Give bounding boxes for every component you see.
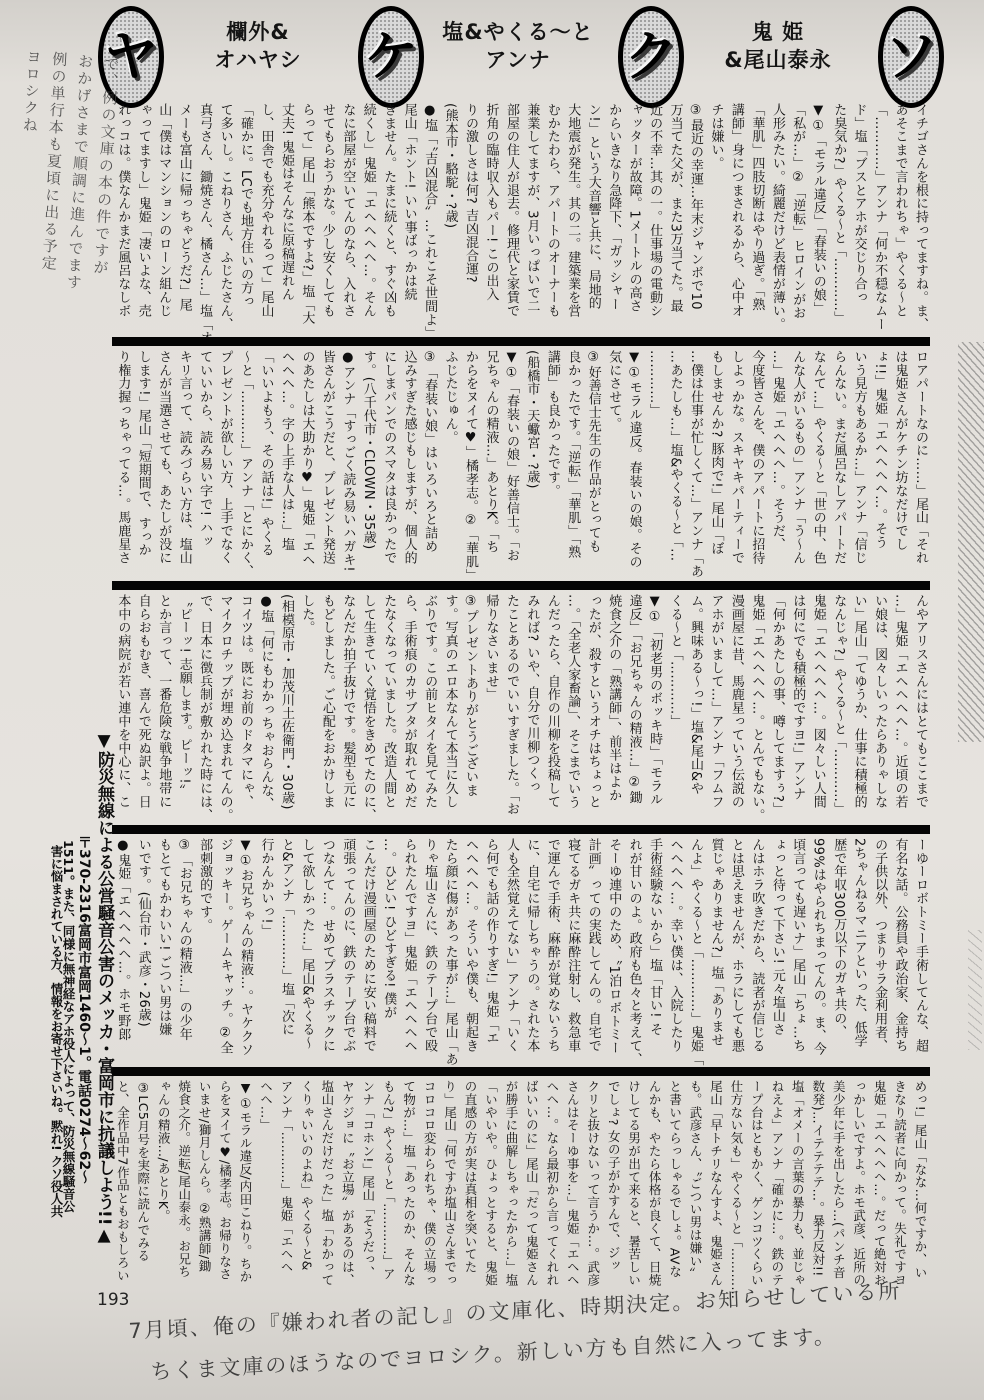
text-column: なに部屋が空いてんのなら、入れさ <box>337 103 357 337</box>
text-column: ーゆーロボトミー手術してんな、超 <box>910 838 930 1066</box>
text-column: 計画〟っての実践してんの。自宅で <box>582 838 602 1066</box>
text-column: イチゴさんを根に持ってますね。ま、 <box>910 103 930 337</box>
section-divider <box>112 337 930 346</box>
text-column: れが甘いのよ。政府も色々と考えて、 <box>623 838 643 1066</box>
text-column: 帰りなさいませ」 <box>480 594 500 824</box>
text-column: ヘヘ…」 <box>255 1080 275 1286</box>
text-column: 講師」も良かったです。 <box>541 350 561 581</box>
text-column: ロアパートなのに……」尾山「それ <box>910 350 930 581</box>
text-column: にしまパンでのスマタは良かったで <box>378 350 398 581</box>
text-column: で運んで手術、麻酔が覚めないうち <box>541 838 561 1066</box>
text-column: たことあるのでいいすぎました。「お <box>500 594 520 824</box>
text-column: ヤケジョに〝お立場〟があるのは、 <box>337 1080 357 1286</box>
text-column: ら何でも話の作りすぎ!」鬼姫「エ <box>480 838 500 1066</box>
text-column: りゃ塩山さんに、鉄のテープ台で殴 <box>419 838 439 1066</box>
text-column: す。(八千代市・CLOWN・35歳) <box>357 350 377 581</box>
text-column: こんだけ漫画屋のために安い稿料で <box>357 838 377 1066</box>
text-column: と書いてらっしゃるでしょ。AVな <box>664 1080 684 1286</box>
text-column: て物が…」塩「あったのか、そんな <box>398 1080 418 1286</box>
text-column: 2ちゃんねるマニアといった、低学 <box>848 838 868 1066</box>
text-column: と&アンナ「…………」塩「次に <box>276 838 296 1066</box>
page-header: ヤ 欄外& オハヤシ ケ 塩&やくる～と アンナ ク 鬼 姫 &尾山泰永 ソ <box>0 0 984 108</box>
page-number: 193 <box>97 1290 129 1310</box>
text-column: い娘は、図々しいったらありゃしな <box>869 594 889 824</box>
text-column: 人も全然覚えてない」アンナ「いく <box>500 838 520 1066</box>
section-title-onihime: 鬼 姫 &尾山泰永 <box>680 18 876 75</box>
text-column: ▼①「モラル違反」「春装いの娘」 <box>807 103 827 337</box>
text-column: …」鬼姫「エヘヘヘ…。そうだ、 <box>766 350 786 581</box>
text-column: ヘヘヘヘ…。そういや僕も、朝起き <box>460 838 480 1066</box>
text-column: チは嫌い。 <box>705 103 725 337</box>
text-column: (相模原市・加茂川土佐衛門・30歳) <box>276 594 296 824</box>
text-column: ③「お兄ちゃんの精液…」の少年 <box>173 838 193 1066</box>
text-column: からをヌイて♥」橘孝志。②「華肌」 <box>460 350 480 581</box>
text-column: ▼①モラル違反。春装いの娘。その <box>623 350 643 581</box>
text-column: て多いし。こねりさん、ふじたさん、 <box>214 103 234 337</box>
text-column: 塩「オメーの言葉の暴力も、並じゃ <box>787 1080 807 1286</box>
text-column: 塩山さんだけだった」塩「わかって <box>316 1080 336 1286</box>
text-column: もしませんか? 豚肉で!」尾山「ぼ <box>705 350 725 581</box>
text-column: ●アンナ「すっごく読み易いハガキ! <box>337 350 357 581</box>
text-column: つなんて…。せめてプラスチックに <box>316 838 336 1066</box>
text-column: して生きていく覚悟をきめてたのに、 <box>357 594 377 824</box>
text-column: して欲しかった…」尾山&やくる～ <box>296 838 316 1066</box>
text-column: 真弓さん、鋤焼さん、橘さん…」塩「オ <box>194 103 214 337</box>
text-column: アホがいまして…」アンナ「フムフ <box>705 594 725 824</box>
text-column: ム。興味ある～っ!」塩&尾山&や <box>685 594 705 824</box>
text-column: ばいいのに」尾山「だって鬼姫さん <box>521 1080 541 1286</box>
section-title-rangai: 欄外& オハヤシ <box>160 18 356 75</box>
text-column: (熊本市・駱駝・?歳) <box>439 103 459 337</box>
text-column: 仕方ない気も」やくる～と「………… <box>725 1080 745 1286</box>
magazine-letters-page: ヤ 欄外& オハヤシ ケ 塩&やくる～と アンナ ク 鬼 姫 &尾山泰永 ソ イ… <box>0 0 984 1400</box>
text-column: たら顔に傷があった事が…」尾山「あ <box>439 838 459 1066</box>
text-column: (船橋市・天蠍宮・?歳) <box>521 350 541 581</box>
text-column: 歴で年収300万以下のガキ共の、 <box>828 838 848 1066</box>
text-column: 「確かに。LCでも地方住いの方っ <box>235 103 255 337</box>
text-column: ンナ「コホン!」尾山「そうだっ、 <box>357 1080 377 1286</box>
text-column: た臭気か?」やくる～と「…………」 <box>828 103 848 337</box>
text-column: んだったら、自作の川柳を投稿して <box>541 594 561 824</box>
protest-note-column: 〒370-2316富岡市富岡1460～1。電話0274～62～ <box>75 835 92 1287</box>
text-column: られたんですヨ」鬼姫「エヘヘヘヘ <box>398 838 418 1066</box>
text-column: が勝手に曲解しちゃったから…」塩 <box>500 1080 520 1286</box>
text-column: んよ」やくる～と「…………」鬼姫「エ <box>685 838 705 1066</box>
protest-note-column: ▼防災無線による公営騒音公害のメッカ・富岡市に抗議しよう!!▲ <box>92 731 116 1289</box>
section-title-line: オハヤシ <box>160 46 356 74</box>
text-column: ねえよ」アンナ「確かに…。鉄のテ <box>766 1080 786 1286</box>
text-column: んな人がいるもの」アンナ「う～ん <box>787 350 807 581</box>
text-column: …。「全老人家畜論」、そこまでいう <box>562 594 582 824</box>
text-column: たなくなっていました。改造人間と <box>378 594 398 824</box>
text-column: した。 <box>296 594 316 824</box>
text-column: 焼食之介。逆転/尾山泰永。お兄ち <box>173 1080 193 1286</box>
text-column: いう見方もあるか…」アンナ「信じ <box>848 350 868 581</box>
text-column: …。ひどい! ひどすぎる! 僕が <box>378 838 398 1066</box>
text-column: します!」尾山「短期間で、すっか <box>132 350 152 581</box>
text-column: は鬼姫さんがケチン坊なだけでし <box>889 350 909 581</box>
text-column: 折角の臨時収入もパー! この出入 <box>480 103 500 337</box>
text-column: りの激しさは何? 吉凶混合運? <box>460 103 480 337</box>
text-column: …」鬼姫「エヘヘヘヘ…。近頃の若 <box>889 594 909 824</box>
text-column: もとてもかわいい! ごつい男は嫌 <box>153 838 173 1066</box>
text-column: ープ台はともかく、ゲンコツくらい <box>746 1080 766 1286</box>
text-column: の子供以外、つまりサラ金利用者、 <box>869 838 889 1066</box>
text-column: ▼①お兄ちゃんの精液…。ヤケクソ <box>235 838 255 1066</box>
text-column: 自らおもむき、喜んで死ぬ訳よ。日 <box>132 594 152 824</box>
text-column: そーゆ連中のため、〝1泊ロボトミー <box>603 838 623 1066</box>
text-column: 近の不幸…其の一。仕事場の電動シ <box>644 103 664 337</box>
text-column: らって」尾山「熊本ですよ?」塩「大 <box>296 103 316 337</box>
text-column: プレゼントが欲しい方、上手でなく <box>214 350 234 581</box>
text-column: さんはそーゆ事を…」鬼姫「エヘヘ <box>562 1080 582 1286</box>
section-title-line: 欄外& <box>160 18 356 46</box>
text-column: とか言って、一番危険な戦争地帯に <box>153 594 173 824</box>
text-column: クリと抜けないって言うか…。武彦 <box>582 1080 602 1286</box>
letters-band-5: めっ!」尾山「なな…何ですか、いきなり読者に向かって。失礼ですヨ鬼姫「エヘヘヘヘ… <box>112 1080 930 1286</box>
text-column: ン!」という大音響と共に、局地的 <box>582 103 602 337</box>
text-column: 寝てるガキ共に麻酔注射し、救急車 <box>562 838 582 1066</box>
text-column: 良かったです。「逆転」「華肌」「熟 <box>562 350 582 581</box>
text-column: きなり読者に向かって。失礼ですヨ <box>889 1080 909 1286</box>
text-column: 部屋の住人が退去。修理代と家賃で <box>500 103 520 337</box>
text-column: らをヌイて♥/橘孝志。お帰りなさ <box>214 1080 234 1286</box>
text-column: もん?」やくる～と「…………」ア <box>378 1080 398 1286</box>
text-column: は何にでも積極的ですヨ!」アンナ <box>787 594 807 824</box>
text-column: ③好善信士先生の作品がとっても <box>582 350 602 581</box>
text-column: からいきなり急降下、「ガッシャー <box>603 103 623 337</box>
text-column: …僕は仕事が忙しくて…」アンナ「あ <box>685 350 705 581</box>
text-column: り権力握っちゃってる…。馬鹿星さ <box>112 350 132 581</box>
text-column: ▼①「春装いの娘」好善信士。「お <box>500 350 520 581</box>
text-column: ～と「…………」アンナ「とにかく、 <box>235 350 255 581</box>
letters-band-3: んやアリスさんにはとてもここまで…」鬼姫「エヘヘヘヘ…。近頃の若い娘は、図々しい… <box>112 594 930 824</box>
text-column: 鬼姫「エヘヘヘヘ…。図々しい人間 <box>807 594 827 824</box>
text-column: ょっと待って下さい! 元々塩山さ <box>766 838 786 1066</box>
text-column: なんじゃ?」やくる～と「…………」 <box>828 594 848 824</box>
text-column: マイクロチップが埋め込まれてんの。 <box>214 594 234 824</box>
text-column: コイツは。既にお前のドタマにゃ、 <box>235 594 255 824</box>
text-column: ③LC5月号を実際に読んでみる <box>132 1080 152 1286</box>
section-title-shio-anna: 塩&やくる～と アンナ <box>420 18 616 75</box>
section-divider <box>112 825 930 834</box>
text-column: 「…………」アンナ「何か不穏なムー <box>869 103 889 337</box>
text-column: 鬼姫「エヘヘヘヘ…。とんでもない。 <box>746 594 766 824</box>
text-column: 尾山「ホント! いい事ばっかは続 <box>398 103 418 337</box>
text-column: いです。(仙台市・武彦・26歳) <box>132 838 152 1066</box>
text-column: 大地震が発生。其の二。建築業を営 <box>562 103 582 337</box>
badge-ke-char: ケ <box>364 30 418 84</box>
text-column: 違反」「お兄ちゃんの精液…」②鋤 <box>623 594 643 824</box>
text-column: ふじたじゅん。 <box>439 350 459 581</box>
text-column: 兄ちゃんの精液…」あとりK。「ち <box>480 350 500 581</box>
text-column: ゃってますし」鬼姫「凄いよな、売 <box>132 103 152 337</box>
text-column: けしてる男が出て来ると、暑苦しい <box>623 1080 643 1286</box>
text-column: 部刺激的です。 <box>194 838 214 1066</box>
text-column: …………」 <box>644 350 664 581</box>
text-column: くる～と「…………」 <box>664 594 684 824</box>
text-column: 手術経験ないから」塩「甘い! そ <box>644 838 664 1066</box>
text-column: ▼①「初老男のボッキ時」「モラル <box>644 594 664 824</box>
text-column: 皆さんがこうだと、プレゼント発送 <box>316 350 336 581</box>
text-column: で、日本に徴兵制が敷かれた時には、 <box>194 594 214 824</box>
text-column: さんが当選させても、あたしが没に <box>153 350 173 581</box>
text-column: でしょ? 女の子がかすんで、ジッ <box>603 1080 623 1286</box>
text-column: す。写真のエロ本なんて本当に久し <box>439 594 459 824</box>
scan-artifact-hatching <box>958 342 984 742</box>
text-column: コロコロ変わられちゃ、僕の立場っ <box>419 1080 439 1286</box>
text-column: 99%はやられちまってんの。ま、今 <box>807 838 827 1066</box>
text-column: 講師」身につまされるから、心中オ <box>725 103 745 337</box>
text-column: ぶりです。この前ヒタイを見てみた <box>419 594 439 824</box>
text-column: 漫画屋に昔、馬鹿星っていう伝説の <box>725 594 745 824</box>
badge-ku: ク <box>618 6 684 108</box>
text-column: の直感の方が実は真相を突いてた <box>460 1080 480 1286</box>
text-column: も。武彦さん、〝ごつい男は嫌い〟 <box>685 1080 705 1286</box>
text-column: 今度皆さんを、僕のアパートに招待 <box>746 350 766 581</box>
text-column: きません。たまに続くと、すぐ凶も <box>378 103 398 337</box>
text-column: ャッターが故障。1メートルの高さ <box>623 103 643 337</box>
text-column: なんて…」やくる～と「世の中、色 <box>807 350 827 581</box>
text-column: ●塩「何にもわかっちゃおらんな、 <box>255 594 275 824</box>
letters-band-1: イチゴさんを根に持ってますね。ま、あそこまで言われちゃ」やくる～と「…………」ア… <box>112 103 930 337</box>
text-column: んやアリスさんにはとてもここまで <box>910 594 930 824</box>
text-column: 有名な話。公務員や政治家、金持ち <box>889 838 909 1066</box>
text-column: ゃんの精液…/あとりK。 <box>153 1080 173 1286</box>
text-column: ら、手術痕のカサブタが取れてめだ <box>398 594 418 824</box>
text-column: 「いやいや。ひょっとすると、鬼姫 <box>480 1080 500 1286</box>
text-column: 尾山「早トチリなんすよ、鬼姫さん <box>705 1080 725 1286</box>
section-title-line: アンナ <box>420 46 616 74</box>
letters-band-2: ロアパートなのに……」尾山「それは鬼姫さんがケチン坊なだけでしょ!!」鬼姫「エヘ… <box>112 350 930 581</box>
text-column: ていいから、読み易い字で! ハッ <box>194 350 214 581</box>
text-column: ょ!!」鬼姫「エヘヘヘヘ…。そう <box>869 350 889 581</box>
text-column: 「華肌」四肢切断はやり過ぎ。「熟 <box>746 103 766 337</box>
text-column: 美少年に手を出したら…(パンチ音 <box>828 1080 848 1286</box>
text-column: ヘヘ…。なら最初から言ってくれれ <box>541 1080 561 1286</box>
text-column: ③最近の幸運…年末ジャンボで10 <box>685 103 705 337</box>
text-column: に、自宅に帰しちゃうの。された本 <box>521 838 541 1066</box>
text-column: ヘヘヘヘ…。幸い僕は、入院したり <box>664 838 684 1066</box>
text-column: ●塩「〝吉凶混合〟…これこそ世間よ」 <box>419 103 439 337</box>
section-title-line: &尾山泰永 <box>680 46 876 74</box>
text-column: い」尾山「てゆうか、仕事に積極的 <box>848 594 868 824</box>
text-column: 行かんかいっ!」 <box>255 838 275 1066</box>
text-column: 数発)…イテテテテ…。暴力反対!! <box>807 1080 827 1286</box>
text-column: ③「春装い娘」はいろいろと詰め <box>419 350 439 581</box>
text-column: 頑張ってんのに、鉄のテープ台でぶ <box>337 838 357 1066</box>
text-column: 万当てた父が、また3万当てた。最 <box>664 103 684 337</box>
text-column: あそこまで言われちゃ」やくる～と <box>889 103 909 337</box>
letters-band-4: ーゆーロボトミー手術してんな、超有名な話。公務員や政治家、金持ちの子供以外、つま… <box>112 838 930 1066</box>
section-title-line: 塩&やくる～と <box>420 18 616 46</box>
badge-so: ソ <box>878 6 944 108</box>
text-column: ▼①モラル違反/内田こねり。ちか <box>235 1080 255 1286</box>
text-column: 人形みたい。綺麗だけど表情が薄い。 <box>766 103 786 337</box>
text-column: り」尾山「何ですか塩山さんまでっ <box>439 1080 459 1286</box>
text-column: メーも富山に帰っちゃどうだ?」尾 <box>173 103 193 337</box>
badge-ke: ケ <box>358 6 424 108</box>
text-column: なんだか拍子抜けです。髪型も元に <box>337 594 357 824</box>
text-column: みれば? いや、自分で川柳つくっ <box>521 594 541 824</box>
handwritten-margin-note: で、例の文庫の本の件ですがおかげさまで順調に進んでます例の単行本も夏頃に出る予定… <box>0 48 125 696</box>
text-column: ったが、殺すというオチはちょっと <box>582 594 602 824</box>
text-column: とは思えませんが、ホラにしても悪 <box>725 838 745 1066</box>
text-column: 続くし」鬼姫「エヘヘヘヘ…。そん <box>357 103 377 337</box>
text-column: のあたしは大助かり♥」鬼姫「エヘ <box>296 350 316 581</box>
text-column: もどしました。ご心配をおかけしま <box>316 594 336 824</box>
text-column: 焼食之介の「熟講師」、前半はよか <box>603 594 623 824</box>
text-column: せてもらおうかな。少し安くしても <box>316 103 336 337</box>
badge-ku-char: ク <box>624 30 678 84</box>
text-column: 〝ピーッ! 志願します。ピーッ!〟 <box>173 594 193 824</box>
text-column: ヘヘヘ…。字の上手な人は…」塩 <box>276 350 296 581</box>
scan-artifact-hatching <box>968 930 982 1050</box>
text-column: 頃言っても遅いナ」尾山「ちょ…ち <box>787 838 807 1066</box>
text-column: むかたわら、アパートのオーナーも <box>541 103 561 337</box>
text-column: 「私が…」②「逆転」ヒロインがお <box>787 103 807 337</box>
text-column: 込みすぎた感じもしますが、個人的 <box>398 350 418 581</box>
text-column: 気にさせて。 <box>603 350 623 581</box>
section-divider <box>112 581 930 590</box>
text-column: 鬼姫「エヘヘヘヘ…。だって絶対お <box>869 1080 889 1286</box>
text-column: んはホラ吹きだから、読者が信じる <box>746 838 766 1066</box>
section-divider <box>112 1067 930 1076</box>
text-column: キリ言って、読みづらい方は、塩山 <box>173 350 193 581</box>
text-column: ③プレゼントありがとうございま <box>460 594 480 824</box>
text-column: 「いいよもう、その話は!」やくる <box>255 350 275 581</box>
text-column: 「何かあたしの事、噂してますぅ?」 <box>766 594 786 824</box>
section-title-line: 鬼 姫 <box>680 18 876 46</box>
text-column: っかしいですよ。ホモ武彦、近所の <box>848 1080 868 1286</box>
text-column: らんない。まだ風呂なしアパートだ <box>828 350 848 581</box>
text-column: めっ!」尾山「なな…何ですか、い <box>910 1080 930 1286</box>
text-column: 兼業してますが、3月いっぱいで二 <box>521 103 541 337</box>
text-column: し、田舎でも充分やれるって」尾山 <box>255 103 275 337</box>
text-column: くりゃいいのよね」やくる～と& <box>296 1080 316 1286</box>
text-column: ド」塩「ブスとアホが交じり合っ <box>848 103 868 337</box>
text-column: しよっかな。スキヤキパーティーで <box>725 350 745 581</box>
text-column: 丈夫! 鬼姫はそんなに原稿遅れん <box>276 103 296 337</box>
text-column: 質じゃありません?」塩「ありませ <box>705 838 725 1066</box>
text-column: ジョッキー。ゲームキャッチ。②全 <box>214 838 234 1066</box>
protest-note-column: 害に悩まされている方、情報をお寄せ下さいね。黙れ! クソ役人共 <box>50 845 62 1288</box>
text-column: んかも、やたら体格が良くて、日焼 <box>644 1080 664 1286</box>
badge-so-char: ソ <box>884 30 938 84</box>
text-column: …あたしも…」塩&やくる～と「… <box>664 350 684 581</box>
text-column: アンナ「…………」鬼姫「エヘヘ <box>276 1080 296 1286</box>
text-column: いませ/獅月しんら。②熟講師/鋤 <box>194 1080 214 1286</box>
text-column: 山「僕はマンションのローン組んじ <box>153 103 173 337</box>
